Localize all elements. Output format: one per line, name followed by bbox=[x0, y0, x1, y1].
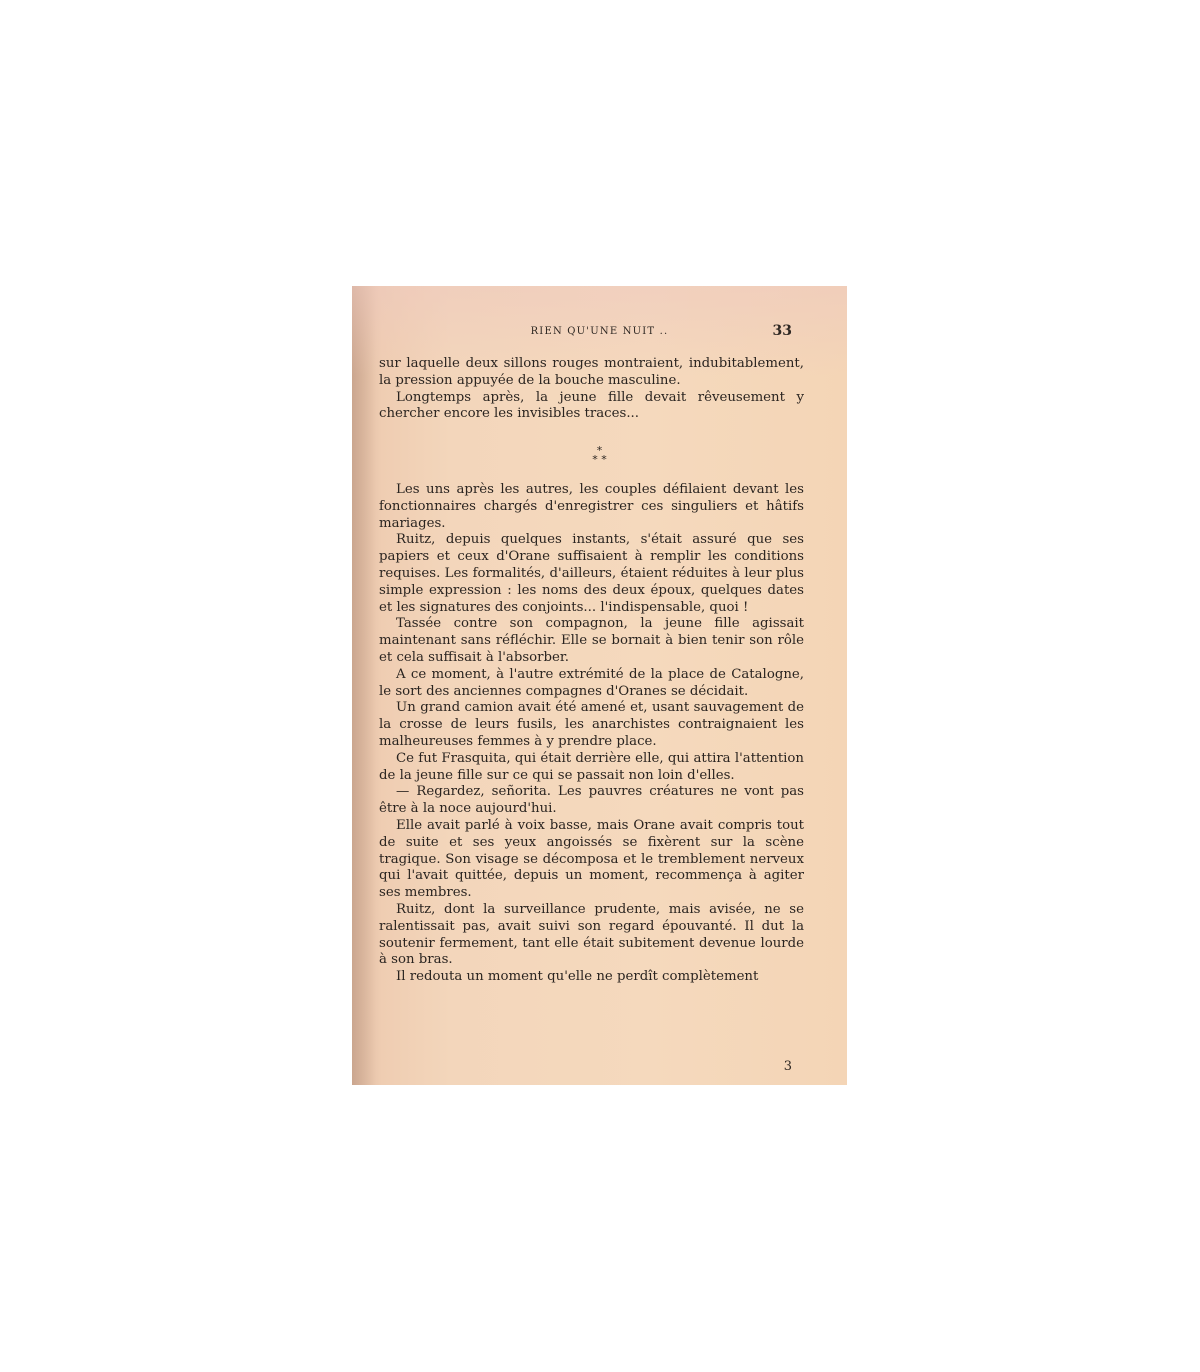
text-block-top: sur laquelle deux sillons rouges montrai… bbox=[379, 356, 804, 423]
paragraph: Ruitz, depuis quelques instants, s'était… bbox=[379, 532, 804, 616]
paragraph: Il redouta un moment qu'elle ne perdît c… bbox=[379, 969, 804, 986]
asterism-bottom: * * bbox=[352, 455, 847, 464]
paragraph: Ruitz, dont la surveillance prudente, ma… bbox=[379, 902, 804, 969]
paragraph: Les uns après les autres, les couples dé… bbox=[379, 482, 804, 532]
paragraph: Un grand camion avait été amené et, usan… bbox=[379, 700, 804, 750]
text-block-main: Les uns après les autres, les couples dé… bbox=[379, 482, 804, 986]
paragraph: — Regardez, señorita. Les pauvres créatu… bbox=[379, 784, 804, 818]
signature-mark: 3 bbox=[784, 1059, 792, 1074]
book-page: RIEN QU'UNE NUIT .. 33 sur laquelle deux… bbox=[352, 286, 847, 1085]
paragraph: Tassée contre son compagnon, la jeune fi… bbox=[379, 616, 804, 666]
paragraph: Ce fut Frasquita, qui était derrière ell… bbox=[379, 751, 804, 785]
paragraph: Elle avait parlé à voix basse, mais Oran… bbox=[379, 818, 804, 902]
paragraph: sur laquelle deux sillons rouges montrai… bbox=[379, 356, 804, 390]
page-number: 33 bbox=[773, 323, 792, 339]
section-break-asterism: * * * bbox=[352, 446, 847, 464]
paragraph: A ce moment, à l'autre extrémité de la p… bbox=[379, 667, 804, 701]
paragraph: Longtemps après, la jeune fille devait r… bbox=[379, 390, 804, 424]
